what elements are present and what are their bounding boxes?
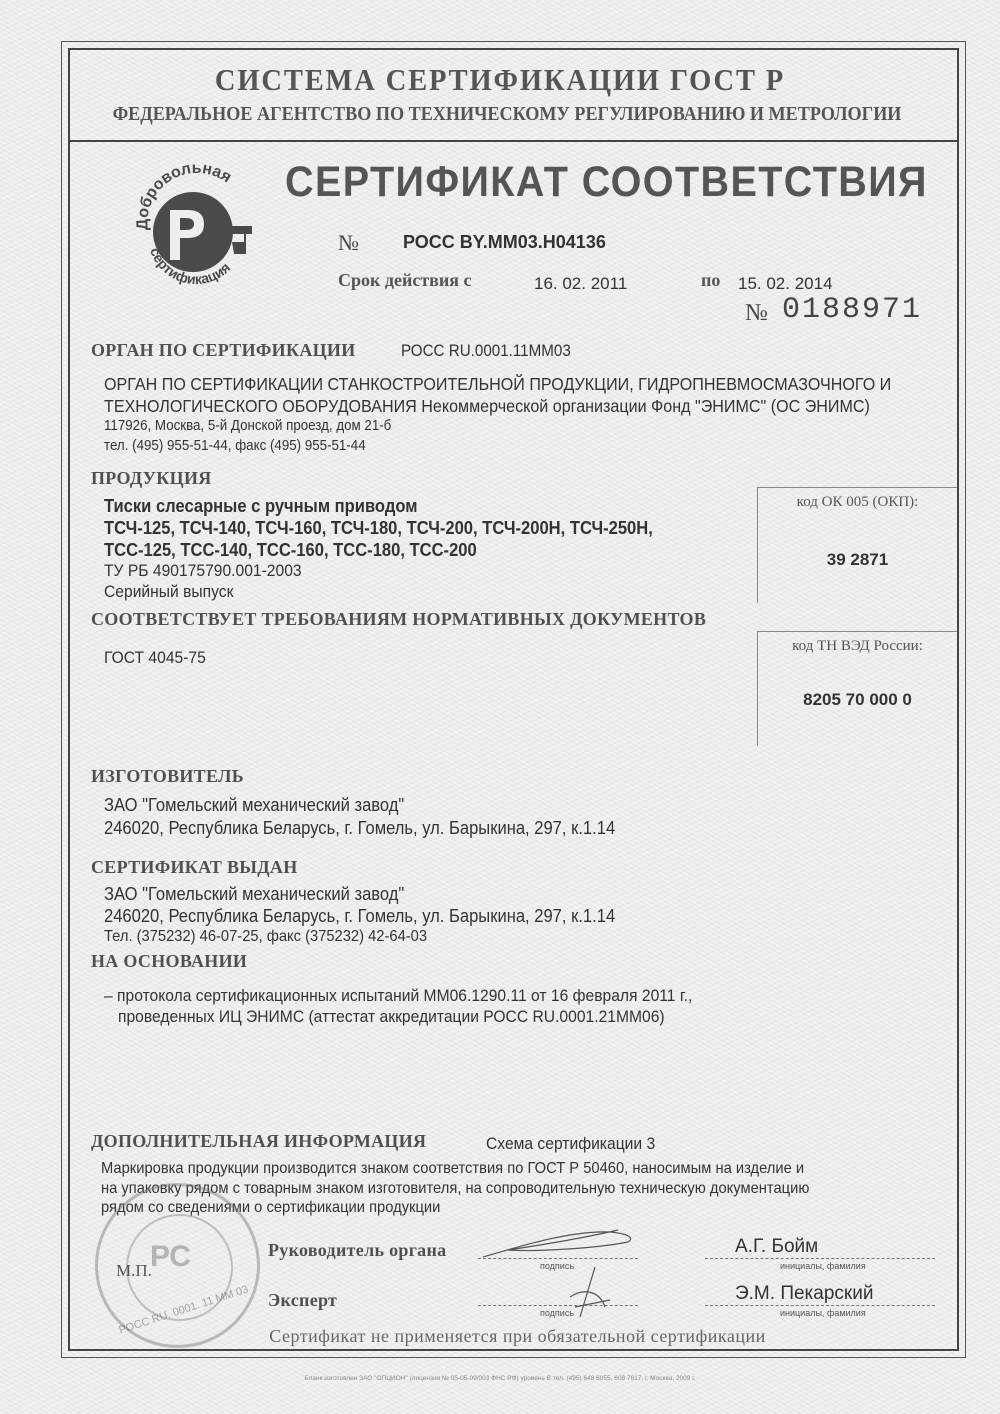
- basis-line: – протокола сертификационных испытаний М…: [104, 986, 692, 1006]
- certification-scheme: Схема сертификации 3: [486, 1134, 655, 1154]
- product-heading: ПРОДУКЦИЯ: [91, 468, 212, 489]
- certification-body-phone: тел. (495) 955-51-44, факс (495) 955-51-…: [104, 438, 366, 454]
- okp-code: 39 2871: [758, 550, 957, 570]
- certification-system-title: СИСТЕМА СЕРТИФИКАЦИИ ГОСТ Р: [40, 62, 960, 98]
- head-name-caption: инициалы, фамилия: [780, 1261, 866, 1271]
- certification-body-line: ТЕХНОЛОГИЧЕСКОГО ОБОРУДОВАНИЯ Некоммерче…: [104, 396, 870, 417]
- product-models: ТСС-125, ТСС-140, ТСС-160, ТСС-180, ТСС-…: [104, 540, 477, 561]
- expert-name: Э.М. Пекарский: [735, 1283, 873, 1305]
- certificate-number: РОСС BY.ММ03.Н04136: [403, 232, 606, 253]
- gost-r-logo: Добровольная сертификация: [128, 160, 258, 290]
- basis-line: проведенных ИЦ ЭНИМС (аттестат аккредита…: [118, 1007, 665, 1027]
- header-divider: [68, 140, 959, 142]
- product-models: ТСЧ-125, ТСЧ-140, ТСЧ-160, ТСЧ-180, ТСЧ-…: [104, 518, 653, 539]
- certification-body-line: ОРГАН ПО СЕРТИФИКАЦИИ СТАНКОСТРОИТЕЛЬНОЙ…: [104, 374, 891, 395]
- normative-document: ГОСТ 4045-75: [104, 648, 206, 668]
- head-name-line: [705, 1258, 935, 1259]
- valid-from: 16. 02. 2011: [534, 274, 627, 294]
- expert-signature-caption: подпись: [540, 1308, 574, 1318]
- okp-code-box: код ОК 005 (ОКП): 39 2871: [757, 487, 957, 603]
- issued-to-phone: Тел. (375232) 46-07-25, факс (375232) 42…: [104, 928, 427, 946]
- valid-to-label: по: [701, 270, 720, 291]
- certification-body-code: РОСС RU.0001.11ММ03: [401, 342, 571, 361]
- okp-code-label: код ОК 005 (ОКП):: [758, 494, 957, 511]
- conformity-heading: СООТВЕТСТВУЕТ ТРЕБОВАНИЯМ НОРМАТИВНЫХ ДО…: [91, 609, 706, 630]
- basis-heading: НА ОСНОВАНИИ: [91, 951, 247, 972]
- issued-to-address: 246020, Республика Беларусь, г. Гомель, …: [104, 906, 615, 927]
- product-name: Тиски слесарные с ручным приводом: [104, 496, 417, 517]
- expert-label: Эксперт: [268, 1290, 337, 1311]
- seal-mark-icon: РС: [150, 1240, 191, 1274]
- additional-info-line: Маркировка продукции производится знаком…: [101, 1160, 804, 1178]
- expert-name-caption: инициалы, фамилия: [780, 1308, 866, 1318]
- voluntary-notice: Сертификат не применяется при обязательн…: [0, 1326, 1000, 1347]
- issued-to-name: ЗАО "Гомельский механический завод": [104, 884, 404, 905]
- tnved-code: 8205 70 000 0: [758, 690, 957, 710]
- certification-body-heading: ОРГАН ПО СЕРТИФИКАЦИИ: [91, 340, 356, 361]
- product-spec: ТУ РБ 490175790.001-2003: [104, 561, 302, 581]
- issued-to-heading: СЕРТИФИКАТ ВЫДАН: [91, 857, 298, 878]
- blank-number-label: №: [745, 300, 768, 327]
- number-label: №: [338, 230, 359, 256]
- head-label: Руководитель органа: [268, 1240, 446, 1261]
- certification-body-address: 117926, Москва, 5-й Донской проезд, дом …: [104, 418, 391, 434]
- head-signature-scribble-icon: [478, 1222, 658, 1262]
- agency-name: ФЕДЕРАЛЬНОЕ АГЕНТСТВО ПО ТЕХНИЧЕСКОМУ РЕ…: [93, 104, 921, 126]
- expert-name-line: [705, 1305, 935, 1306]
- printer-imprint: Бланк изготовлен ЗАО "ОПЦИОН" (лицензия …: [0, 1375, 1000, 1382]
- valid-to: 15. 02. 2014: [738, 274, 833, 294]
- head-name: А.Г. Бойм: [735, 1236, 818, 1258]
- seal-place-label: М.П.: [116, 1261, 152, 1281]
- additional-info-heading: ДОПОЛНИТЕЛЬНАЯ ИНФОРМАЦИЯ: [91, 1131, 426, 1152]
- tnved-code-label: код ТН ВЭД России:: [758, 638, 957, 655]
- manufacturer-name: ЗАО "Гомельский механический завод": [104, 795, 404, 816]
- product-series: Серийный выпуск: [104, 582, 233, 602]
- manufacturer-address: 246020, Республика Беларусь, г. Гомель, …: [104, 818, 615, 839]
- manufacturer-heading: ИЗГОТОВИТЕЛЬ: [91, 766, 244, 787]
- document-title: СЕРТИФИКАТ СООТВЕТСТВИЯ: [285, 158, 928, 207]
- pct-logo-icon: Добровольная сертификация: [128, 160, 258, 290]
- tnved-code-box: код ТН ВЭД России: 8205 70 000 0: [757, 631, 957, 746]
- blank-number: 0188971: [782, 293, 922, 327]
- validity-label: Срок действия с: [338, 270, 472, 291]
